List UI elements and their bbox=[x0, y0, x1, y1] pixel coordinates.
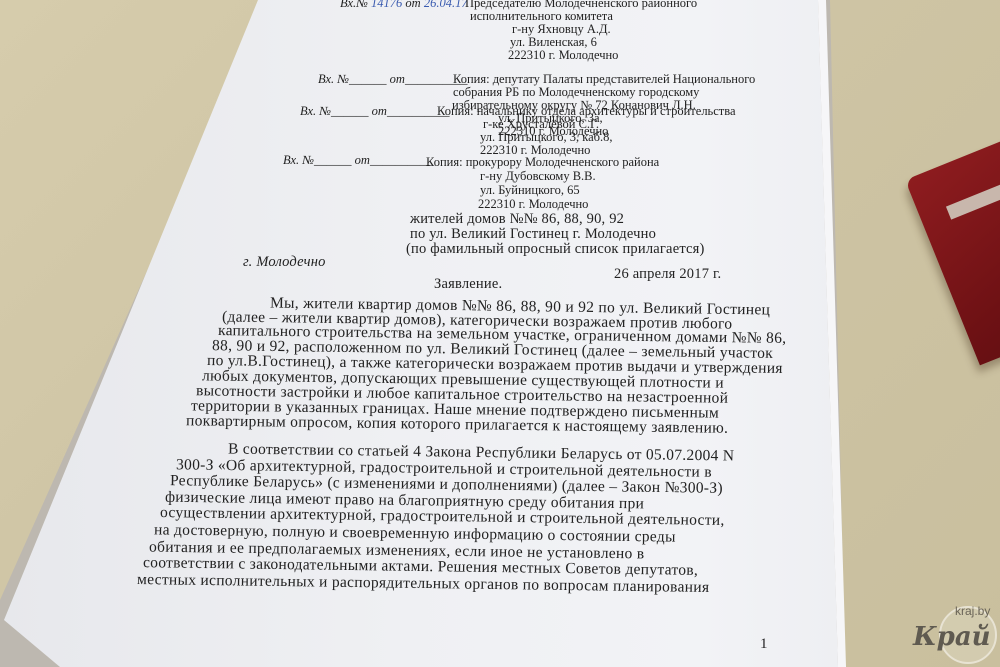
document-title: Заявление. bbox=[434, 276, 502, 293]
copy1-incoming-label: Вх. №______ от__________ bbox=[318, 72, 467, 87]
copy3-line-3: ул. Буйницкого, 65 bbox=[480, 183, 580, 198]
copy3-line-1: Копия: прокурору Молодечненского района bbox=[426, 155, 659, 170]
incoming-number-label: Вх.№ 14176 от 26.04.17 bbox=[340, 0, 468, 11]
recipient-line-5: 222310 г. Молодечно bbox=[508, 48, 618, 63]
copy3-line-4: 222310 г. Молодечно bbox=[478, 197, 588, 212]
logo-brand: Край bbox=[913, 622, 991, 652]
page-number: 1 bbox=[760, 636, 768, 653]
copy3-line-2: г-ну Дубовскому В.В. bbox=[480, 169, 596, 184]
sender-line-3: (по фамильный опросный список прилагаетс… bbox=[406, 241, 705, 258]
place: г. Молодечно bbox=[243, 254, 326, 271]
copy3-incoming-label: Вх. №______ от__________ bbox=[283, 153, 432, 168]
copy2-incoming-label: Вх. №______ от__________ bbox=[300, 104, 449, 119]
logo-site: kraj.by bbox=[955, 604, 990, 618]
kraj-watermark-logo: kraj.by Край bbox=[913, 600, 995, 662]
document-date: 26 апреля 2017 г. bbox=[614, 266, 721, 283]
